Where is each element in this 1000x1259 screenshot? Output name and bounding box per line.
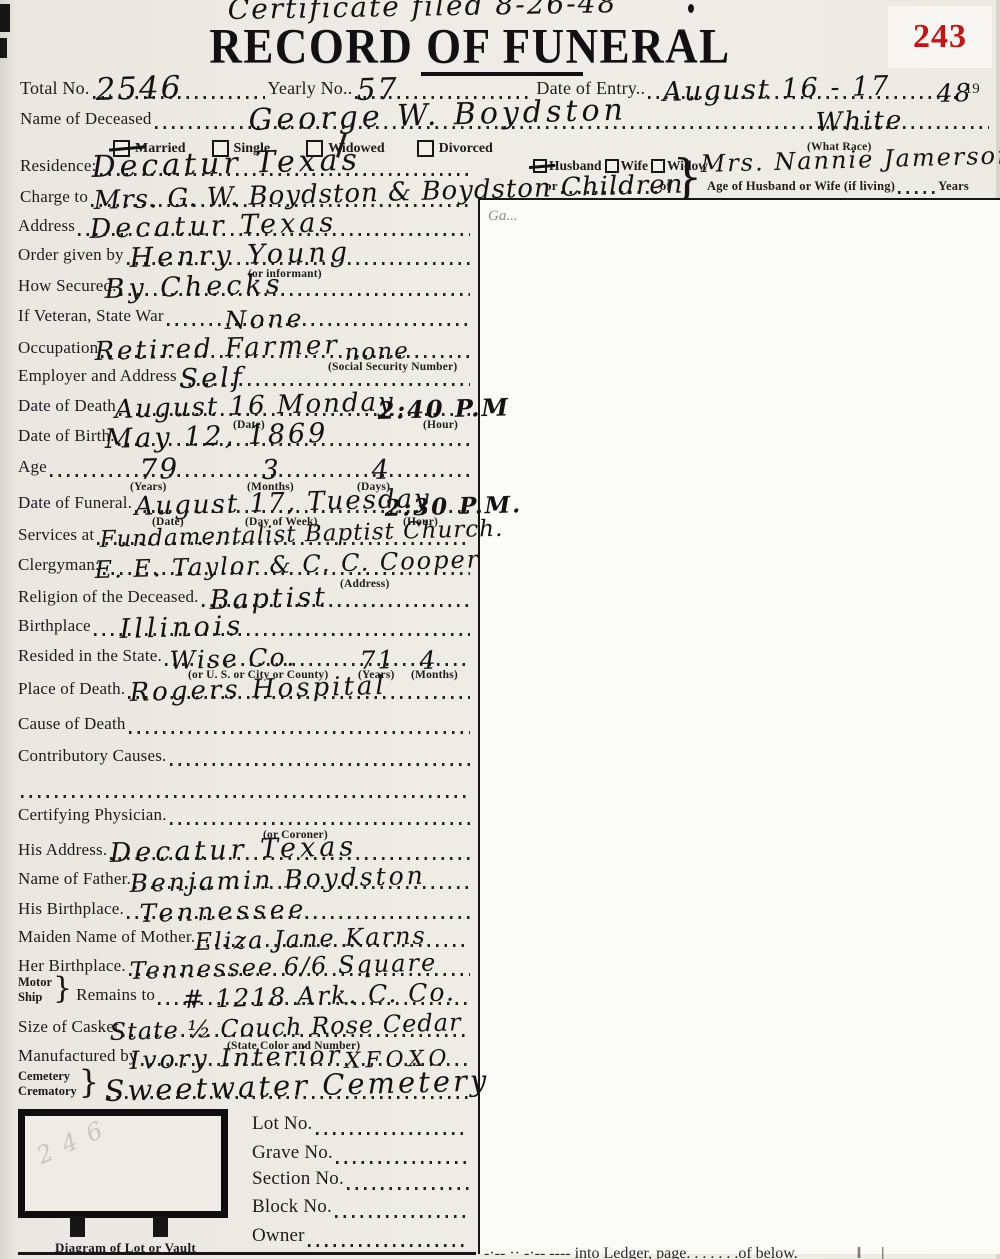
place-of-death-label: Place of Death. [18, 680, 125, 700]
pencil-mark: 2 4 6 [33, 1117, 108, 1168]
birthplace-label: Birthplace [18, 617, 91, 637]
diagram-leg-left [70, 1216, 85, 1237]
resided-value: Wise Co. [169, 644, 296, 673]
motor-ship-brace: } [52, 974, 76, 1006]
certifying-physician-label: Certifying Physician. [18, 806, 167, 826]
cemetery-crematory-label: Cemetery Crematory [18, 1069, 77, 1100]
place-of-death-value: Rogers Hospital [129, 673, 387, 706]
cemetery-label: Cemetery [18, 1069, 77, 1083]
cause-of-death-line [126, 705, 473, 735]
block-no-row: Block No. [252, 1193, 472, 1219]
date-of-funeral-row: Date of Funeral. August 17, Tuesday 2:30… [18, 484, 473, 514]
clergy-address-caption: (Address) [340, 579, 390, 591]
birthplace-value: Illinois [119, 613, 244, 643]
block-no-label: Block No. [252, 1197, 332, 1219]
ssn-value: none [344, 340, 410, 365]
crematory-label: Crematory [18, 1084, 77, 1098]
cemetery-value: Sweetwater Cemetery [104, 1066, 489, 1106]
block-no-line [332, 1193, 472, 1219]
how-secured-value: By Checks [104, 271, 284, 303]
his-address-value: Decatur Texas [109, 833, 357, 867]
certifying-physician-line [167, 796, 473, 826]
his-birthplace-value: Tennessee [139, 896, 307, 926]
religion-label: Religion of the Deceased. [18, 588, 199, 608]
stray-line [421, 72, 583, 76]
religion-row: Religion of the Deceased. Baptist [18, 578, 473, 608]
religion-value: Baptist [209, 584, 328, 614]
size-of-casket-row: Size of Casket State ½ Couch Rose Cedar … [18, 1008, 473, 1038]
veteran-label: If Veteran, State War [18, 307, 164, 327]
services-at-label: Services at [18, 526, 94, 546]
lot-no-label: Lot No. [252, 1114, 313, 1136]
date-of-birth-value: May 12, 1869 [104, 420, 328, 453]
total-no-value: 2546 [95, 73, 183, 106]
spouse-name-value: Mrs. Nannie Jamerson Boy [700, 142, 1000, 176]
cemetery-brace: } [77, 1066, 105, 1100]
date-of-funeral-label: Date of Funeral. [18, 494, 132, 514]
blank-right-panel: Ga... [478, 198, 1000, 1254]
clergyman-row: Clergyman: E. E. Taylor & C. C. Cooper (… [18, 546, 473, 576]
order-value: Henry Young [129, 239, 351, 272]
place-of-death-row: Place of Death. Rogers Hospital [18, 670, 473, 700]
occupation-value: Retired Farmer [94, 332, 340, 365]
ledger-fragment-bars: ‖ | [857, 1245, 893, 1259]
resided-years-value: 71 [359, 647, 395, 673]
how-secured-row: How Secured. By Checks [18, 267, 473, 297]
cut-off-text-fragment: Ga... [488, 208, 518, 225]
his-birthplace-label: His Birthplace. [18, 900, 124, 920]
age-of-spouse-label: Age of Husband or Wife (if living) [707, 180, 895, 196]
hour-of-death-value: 2:40 P.M [377, 395, 510, 423]
age-of-spouse-row: Age of Husband or Wife (if living) Years [707, 179, 969, 195]
resided-in-state-row: Resided in the State. Wise Co. 71 4 (or … [18, 637, 473, 667]
scan-speck [688, 4, 694, 13]
continuation-dots-row [18, 769, 473, 799]
race-value: White [815, 108, 903, 136]
year-value: 48 [936, 80, 972, 106]
ledger-fragment: -·-- ·· -·-- ---- into Ledger, page. . .… [484, 1245, 994, 1259]
certifying-physician-row: Certifying Physician. (or Coroner) [18, 796, 473, 826]
date-of-death-label: Date of Death [18, 397, 116, 417]
name-of-deceased-label: Name of Deceased [20, 110, 152, 130]
remains-to-value: # 1218 Ark. C. Co. [182, 979, 456, 1012]
total-no-label: Total No. [20, 79, 90, 100]
occupation-label: Occupation [18, 339, 98, 359]
contributory-causes-label: Contributory Causes. [18, 747, 167, 767]
order-given-by-row: Order given by Henry Young (or informant… [18, 236, 473, 266]
how-secured-label: How Secured. [18, 277, 117, 297]
section-no-row: Section No. [252, 1165, 472, 1191]
size-of-casket-label: Size of Casket [18, 1018, 119, 1038]
date-of-death-row: Date of Death August 16 Monday 2:40 P.M … [18, 387, 473, 417]
veteran-row: If Veteran, State War None [18, 297, 473, 327]
his-address-label: His Address. [18, 841, 107, 861]
occupation-row: Occupation Retired Farmer none (Social S… [18, 329, 473, 359]
cause-of-death-label: Cause of Death [18, 715, 126, 735]
charge-to-label: Charge to [20, 188, 88, 208]
age-of-spouse-line [895, 179, 938, 195]
ship-label: Ship [18, 990, 52, 1004]
date-of-death-value: August 16 Monday [114, 389, 395, 423]
charge-to-row: Charge to Mrs. G. W. Boydston & Boydston… [20, 178, 475, 208]
resided-label: Resided in the State. [18, 647, 162, 667]
yearly-no-label: Yearly No.. [268, 79, 353, 100]
age-label: Age [18, 458, 47, 478]
continuation-line [18, 769, 473, 799]
veteran-value: None [224, 306, 304, 333]
lot-diagram-box: 2 4 6 [18, 1109, 228, 1218]
years-suffix-label: Years [938, 180, 969, 196]
clergyman-label: Clergyman: [18, 556, 100, 576]
page-number: 243 [913, 18, 967, 56]
age-days-value: 4 [371, 456, 391, 484]
page-title: RECORD OF FUNERAL [0, 17, 940, 74]
residence-label: Residence: [20, 157, 97, 177]
diagram-leg-right [153, 1216, 168, 1237]
date-of-birth-label: Date of Birth. [18, 427, 115, 447]
motor-ship-label: Motor Ship [18, 975, 52, 1006]
manufactured-by-label: Manufactured by [18, 1047, 138, 1067]
contributory-causes-line [167, 737, 474, 767]
resided-months-value: 4 [419, 648, 438, 673]
section-no-label: Section No. [252, 1169, 344, 1191]
ledger-fragment-text: -·-- ·· -·-- ---- into Ledger, page. . .… [484, 1245, 798, 1259]
remains-to-label: Remains to [76, 986, 155, 1006]
owner-row: Owner [252, 1222, 472, 1248]
employer-label: Employer and Address [18, 367, 177, 387]
residence-row: Residence: Decatur Texas [20, 147, 475, 177]
lot-no-line [313, 1110, 472, 1136]
date-of-entry-value: August 16 - 17 [662, 73, 891, 106]
age-years-value: 79 [139, 455, 179, 484]
grave-no-label: Grave No. [252, 1143, 333, 1165]
address-label: Address [18, 217, 75, 237]
owner-line [305, 1222, 472, 1248]
cause-of-death-row: Cause of Death [18, 705, 473, 735]
his-address-row: His Address. Decatur Texas [18, 831, 473, 861]
bottom-rule [18, 1252, 476, 1255]
name-of-father-label: Name of Father. [18, 870, 131, 890]
cemetery-row: Cemetery Crematory } Sweetwater Cemetery [18, 1066, 473, 1100]
grave-no-row: Grave No. [252, 1139, 472, 1165]
owner-label: Owner [252, 1226, 305, 1248]
age-row: Age 79 3 4 (Years) (Months) (Days) [18, 448, 473, 478]
lot-no-row: Lot No. [252, 1110, 472, 1136]
motor-label: Motor [18, 975, 52, 989]
age-months-value: 3 [261, 456, 281, 484]
husband-checkbox [533, 159, 547, 173]
scanned-funeral-record: Certificate filed 8-26-48 RECORD OF FUNE… [0, 0, 1000, 1259]
order-given-by-label: Order given by [18, 246, 124, 266]
grave-no-line [333, 1139, 472, 1165]
section-no-line [344, 1165, 472, 1191]
contributory-causes-row: Contributory Causes. [18, 737, 473, 767]
maiden-name-of-mother-label: Maiden Name of Mother. [18, 928, 195, 948]
employer-value: Self [179, 364, 245, 393]
